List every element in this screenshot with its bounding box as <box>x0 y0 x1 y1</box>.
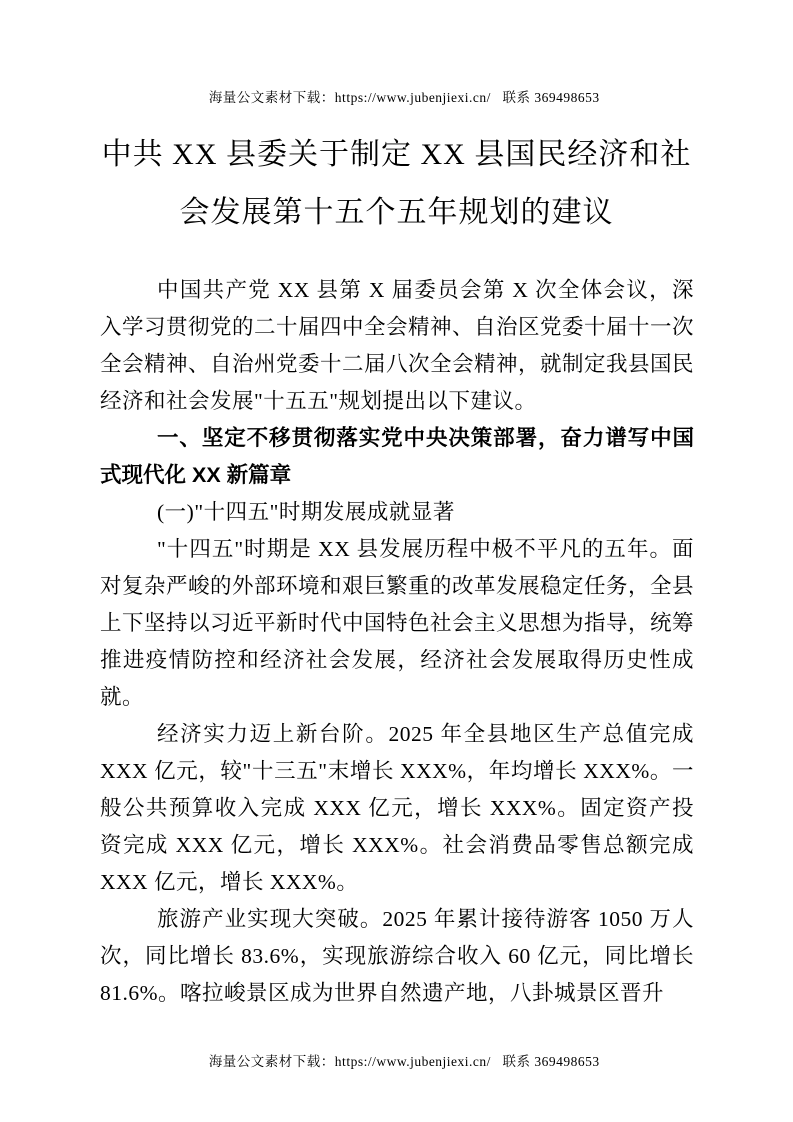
title-line-2: 会发展第十五个五年规划的建议 <box>0 184 793 242</box>
header-watermark-text: 海量公文素材下载：https://www.jubenjiexi.cn/ 联系 3… <box>209 90 600 105</box>
paragraph-14th-five-year-period: "十四五"时期是 XX 县发展历程中极不平凡的五年。面对复杂严峻的外部环境和艰巨… <box>100 531 694 716</box>
subsection-heading-1-1: (一)"十四五"时期发展成就显著 <box>100 494 694 531</box>
paragraph-plenary-intro: 中国共产党 XX 县第 X 届委员会第 X 次全体会议，深入学习贯彻党的二十届四… <box>100 272 694 420</box>
document-body: 中国共产党 XX 县第 X 届委员会第 X 次全体会议，深入学习贯彻党的二十届四… <box>100 272 694 1012</box>
title-line-1: 中共 XX 县委关于制定 XX 县国民经济和社 <box>0 126 793 184</box>
document-page: 海量公文素材下载：https://www.jubenjiexi.cn/ 联系 3… <box>0 0 793 1122</box>
document-footer: 海量公文素材下载：https://www.jubenjiexi.cn/ 联系 3… <box>0 1034 793 1086</box>
footer-watermark-text: 海量公文素材下载：https://www.jubenjiexi.cn/ 联系 3… <box>209 1054 600 1069</box>
paragraph-economic-strength: 经济实力迈上新台阶。2025 年全县地区生产总值完成 XXX 亿元，较"十三五"… <box>100 716 694 901</box>
document-header: 海量公文素材下载：https://www.jubenjiexi.cn/ 联系 3… <box>0 70 793 122</box>
document-title: 中共 XX 县委关于制定 XX 县国民经济和社 会发展第十五个五年规划的建议 <box>0 126 793 242</box>
section-heading-1: 一、坚定不移贯彻落实党中央决策部署，奋力谱写中国式现代化 XX 新篇章 <box>100 420 694 494</box>
paragraph-tourism-breakthrough: 旅游产业实现大突破。2025 年累计接待游客 1050 万人次，同比增长 83.… <box>100 901 694 1012</box>
